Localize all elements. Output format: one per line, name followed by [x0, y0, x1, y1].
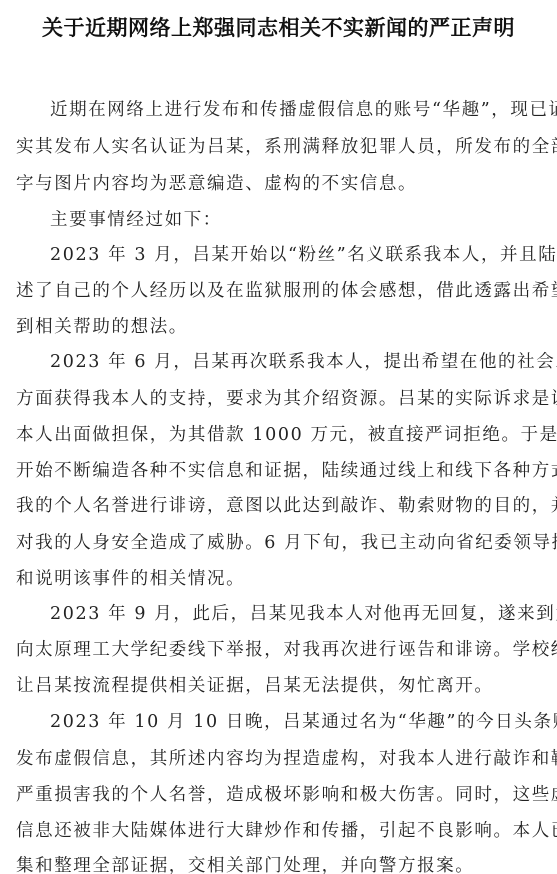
paragraph-line: 实其发布人实名认证为吕某，系刑满释放犯罪人员，所发布的全部文: [16, 133, 557, 158]
paragraph-line: 开始不断编造各种不实信息和证据，陆续通过线上和线下各种方式对: [16, 457, 557, 482]
paragraph-line: 信息还被非大陆媒体进行大肆炒作和传播，引起不良影响。本人已收: [16, 817, 557, 842]
paragraph-line: 集和整理全部证据，交相关部门处理，并向警方报案。: [16, 852, 474, 874]
paragraph-line: 近期在网络上进行发布和传播虚假信息的账号“华趣”，现已证: [50, 96, 557, 121]
paragraph-line: 2023 年 9 月，此后，吕某见我本人对他再无回复，遂来到太原，: [50, 600, 557, 625]
paragraph-line: 2023 年 6 月，吕某再次联系我本人，提出希望在他的社会工作: [50, 348, 557, 373]
paragraph-line: 到相关帮助的想法。: [16, 313, 188, 338]
paragraph-line: 严重损害我的个人名誉，造成极坏影响和极大伤害。同时，这些虚假: [16, 781, 557, 806]
paragraph-line: 对我的人身安全造成了威胁。6 月下旬，我已主动向省纪委领导报告: [16, 529, 557, 554]
paragraph-line: 主要事情经过如下：: [50, 206, 222, 231]
paragraph-line: 让吕某按流程提供相关证据，吕某无法提供，匆忙离开。: [16, 672, 494, 697]
paragraph-line: 本人出面做担保，为其借款 1000 万元，被直接严词拒绝。于是吕某: [16, 421, 557, 446]
paragraph-line: 和说明该事件的相关情况。: [16, 565, 245, 590]
paragraph-line: 发布虚假信息，其所述内容均为捏造虚构，对我本人进行敲诈和勒索，: [16, 745, 557, 770]
paragraph-line: 方面获得我本人的支持，要求为其介绍资源。吕某的实际诉求是让我: [16, 385, 557, 410]
paragraph-line: 向太原理工大学纪委线下举报，对我再次进行诬告和诽谤。学校纪委: [16, 636, 557, 661]
paragraph-line: 字与图片内容均为恶意编造、虚构的不实信息。: [16, 170, 417, 195]
paragraph-line: 我的个人名誉进行诽谤，意图以此达到敲诈、勒索财物的目的，并且: [16, 492, 557, 517]
paragraph-line: 2023 年 3 月，吕某开始以“粉丝”名义联系我本人，并且陆续讲: [50, 241, 557, 266]
paragraph-line: 2023 年 10 月 10 日晚，吕某通过名为“华趣”的今日头条账号，: [50, 708, 557, 733]
paragraph-line: 述了自己的个人经历以及在监狱服刑的体会感想，借此透露出希望得: [16, 277, 557, 302]
document-title: 关于近期网络上郑强同志相关不实新闻的严正声明: [0, 12, 557, 42]
